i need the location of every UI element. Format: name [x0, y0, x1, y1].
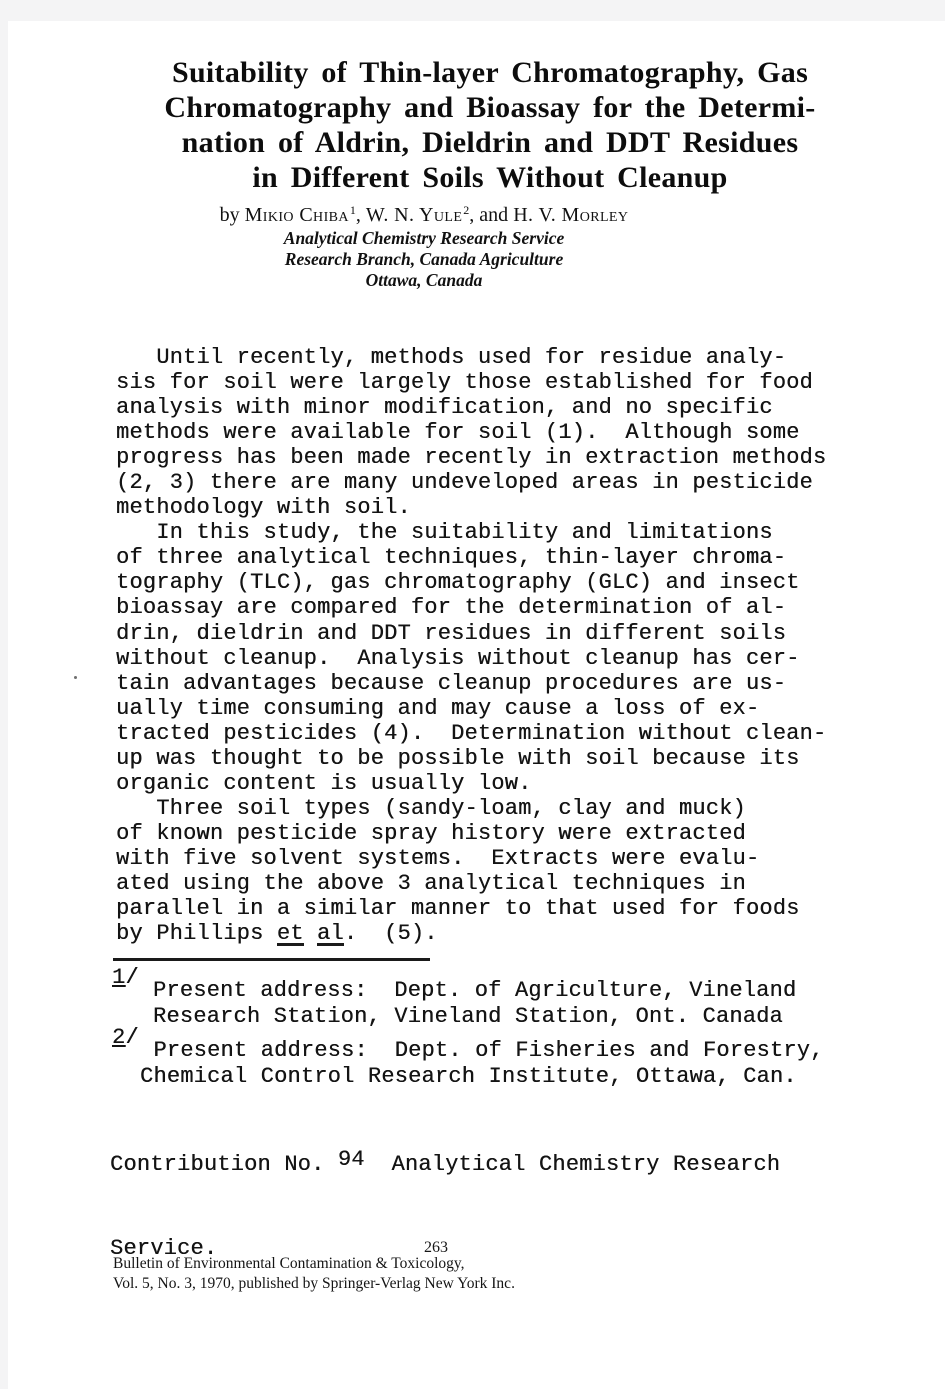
article-title-line-3: nation of Aldrin, Dieldrin and DDT Resid…: [70, 125, 910, 160]
footnote-2-text: Present address: Dept. of Fisheries and …: [140, 1038, 824, 1090]
et-al-underline: [317, 943, 344, 946]
contribution-line-1: Contribution No. 94 Analytical Chemistry…: [110, 1151, 780, 1179]
body-text: Until recently, methods used for residue…: [116, 345, 826, 946]
author-1-footnote-ref: 1: [350, 198, 356, 222]
author-3-name: H. V. Morley: [513, 204, 628, 226]
author-1-name: Mikio Chiba: [245, 204, 349, 226]
scanned-page-background: Suitability of Thin-layer Chromatography…: [0, 0, 945, 1389]
journal-name-line: Bulletin of Environmental Contamination …: [113, 1254, 673, 1274]
affiliation-line-3: Ottawa, Canada: [104, 270, 744, 291]
article-title-line-4: in Different Soils Without Cleanup: [70, 160, 910, 195]
byline: by Mikio Chiba1, W. N. Yule2, and H. V. …: [104, 203, 744, 229]
footnote-1-marker: 1/: [112, 965, 139, 990]
footnote-2-number: 2: [112, 1025, 125, 1050]
contribution-number: 94: [338, 1147, 365, 1172]
journal-imprint: Bulletin of Environmental Contamination …: [113, 1254, 673, 1294]
byline-prefix: by: [220, 204, 245, 226]
author-2-footnote-ref: 2: [463, 198, 469, 222]
byline-separator-1: ,: [356, 204, 366, 226]
contribution-rest: Analytical Chemistry Research: [365, 1152, 780, 1177]
affiliation-line-1: Analytical Chemistry Research Service: [104, 228, 744, 249]
scan-artifact-dot: [74, 676, 77, 679]
footnote-1-text: Present address: Dept. of Agriculture, V…: [153, 978, 796, 1030]
journal-volume-line: Vol. 5, No. 3, 1970, published by Spring…: [113, 1274, 673, 1294]
contribution-prefix: Contribution No.: [110, 1152, 338, 1177]
footnote-2-slash: /: [125, 1025, 138, 1050]
et-al-underline: [277, 943, 304, 946]
footnote-rule: [113, 958, 430, 961]
article-title-line-1: Suitability of Thin-layer Chromatography…: [70, 55, 910, 90]
footnote-1-number: 1: [112, 965, 125, 990]
byline-separator-2: , and: [469, 204, 513, 226]
article-title: Suitability of Thin-layer Chromatography…: [70, 55, 910, 195]
affiliation-line-2: Research Branch, Canada Agriculture: [104, 249, 744, 270]
article-title-line-2: Chromatography and Bioassay for the Dete…: [70, 90, 910, 125]
affiliation: Analytical Chemistry Research Service Re…: [104, 228, 744, 291]
footnote-1-slash: /: [125, 965, 138, 990]
author-2-name: W. N. Yule: [366, 204, 462, 226]
footnote-2-marker: 2/: [112, 1025, 139, 1050]
